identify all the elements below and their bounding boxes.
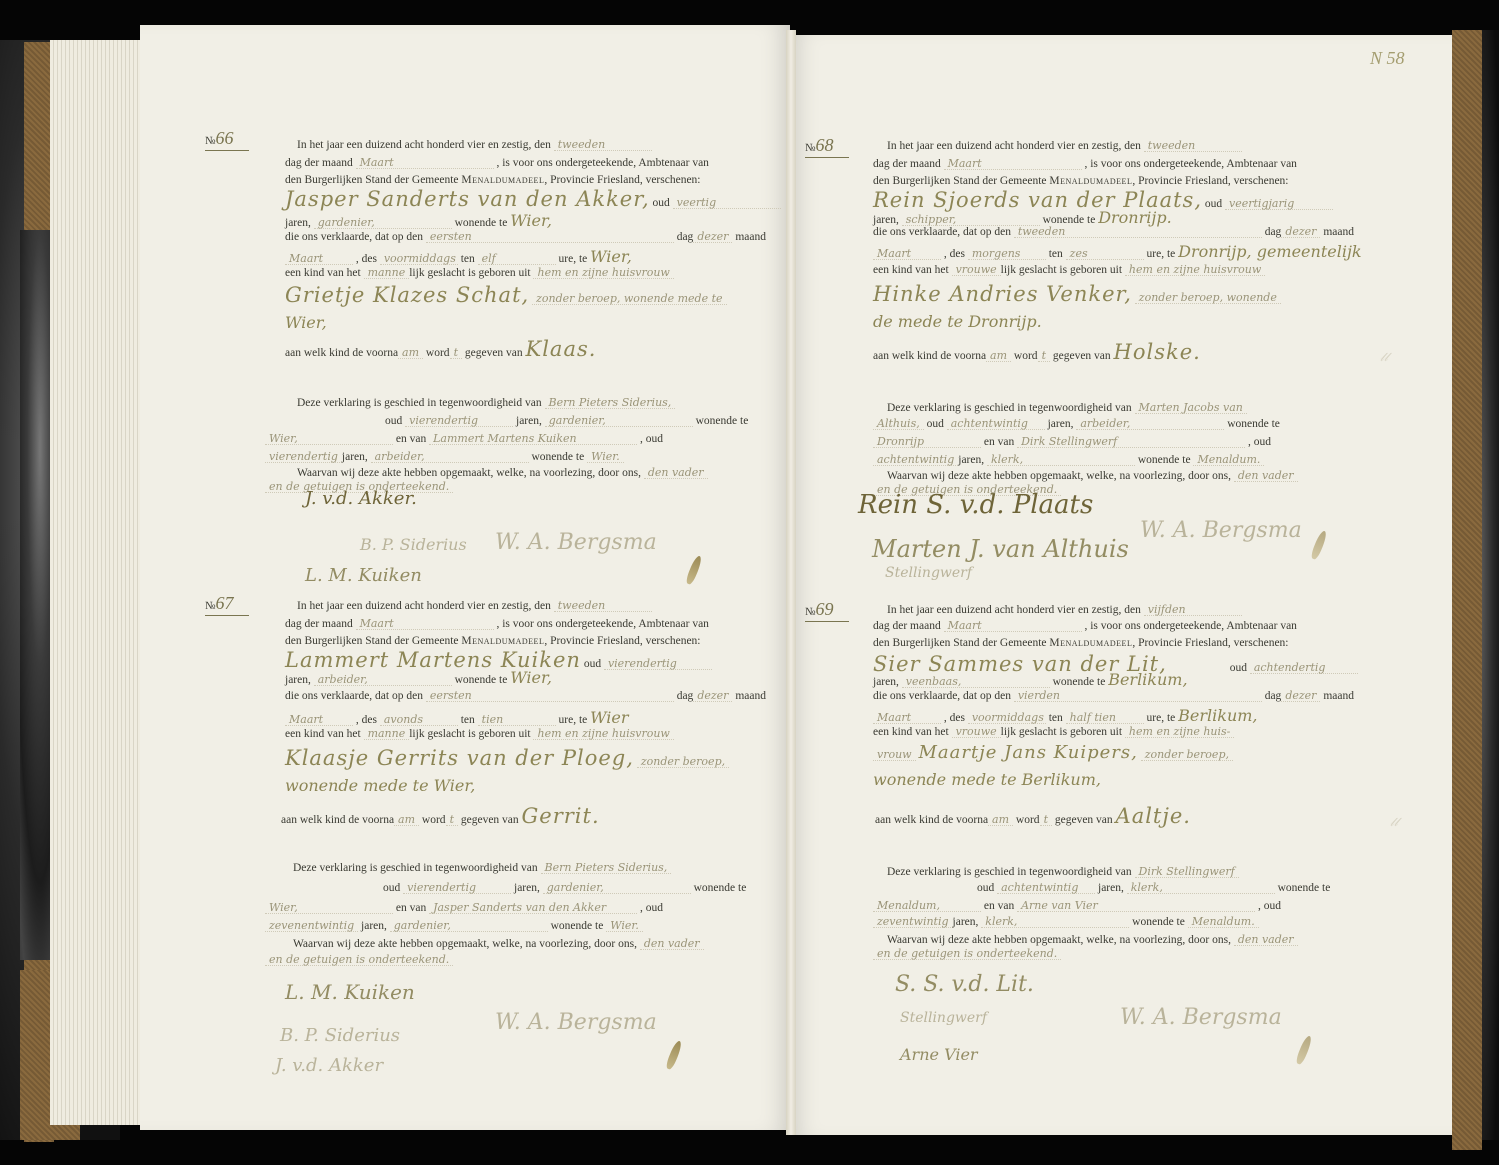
signature: B. P. Siderius bbox=[360, 535, 467, 554]
mother-line-1: Grietje Klazes Schat, zonder beroep, won… bbox=[285, 285, 727, 311]
mother-line-1: Klaasje Gerrits van der Ploeg, zonder be… bbox=[285, 748, 729, 774]
signature: W. A. Bergsma bbox=[1140, 518, 1302, 543]
witness-line-2: oud achtentwintig jaren, klerk, wonende … bbox=[977, 882, 1330, 898]
witness-line-1: Deze verklaring is geschied in tegenwoor… bbox=[293, 862, 671, 878]
binding-cloth-right bbox=[1452, 30, 1482, 1150]
signature: L. M. Kuiken bbox=[285, 980, 415, 1004]
child-name: Holske. bbox=[1114, 340, 1201, 364]
page-stack-left bbox=[50, 40, 150, 1125]
record-line-7: Maart , des voormiddags ten half tien ur… bbox=[873, 708, 1258, 724]
record-number: №69 bbox=[805, 600, 849, 622]
record-line-1: In het jaar een duizend acht honderd vie… bbox=[297, 600, 652, 616]
record-line-6: die ons verklaarde, dat op den tweeden d… bbox=[873, 226, 1354, 242]
record-number: №68 bbox=[805, 136, 849, 158]
record-line-8: een kind van het vrouwelijk geslacht is … bbox=[873, 726, 1234, 742]
record-line-4: Jasper Sanderts van den Akker, oud veert… bbox=[285, 189, 781, 211]
witness-line-1: Deze verklaring is geschied in tegenwoor… bbox=[887, 866, 1239, 882]
record-line-7: Maart , des voormiddags ten elf ure, te … bbox=[285, 249, 632, 265]
record-line-8: een kind van het mannelijk geslacht is g… bbox=[285, 267, 674, 283]
record-number: №66 bbox=[205, 129, 249, 151]
bleed-through-mark: 𝓁𝓁 bbox=[1380, 350, 1388, 365]
signature: B. P. Siderius bbox=[280, 1025, 400, 1046]
mother-line-2: wonende mede te Berlikum, bbox=[873, 772, 1101, 794]
record-line-8: een kind van het vrouwelijk geslacht is … bbox=[873, 264, 1265, 280]
child-name: Gerrit. bbox=[522, 804, 600, 828]
witness-line-2: Althuis, oud achtentwintig jaren, arbeid… bbox=[873, 418, 1280, 434]
record-line-1: In het jaar een duizend acht honderd vie… bbox=[887, 140, 1242, 156]
closing-line-2: en de getuigen is onderteekend. bbox=[873, 948, 1061, 964]
child-name-line: aan welk kind de voornaam wordt gegeven … bbox=[285, 339, 596, 361]
record-line-8: een kind van het mannelijk geslacht is g… bbox=[285, 728, 674, 744]
bleed-through-mark: 𝓁𝓁 bbox=[1390, 815, 1398, 830]
record-line-2: dag der maand Maart , is voor ons onderg… bbox=[873, 158, 1297, 174]
closing-line-2: en de getuigen is onderteekend. bbox=[265, 954, 453, 970]
record-line-2: dag der maand Maart , is voor ons onderg… bbox=[873, 620, 1297, 636]
signature: Rein S. v.d. Plaats bbox=[858, 490, 1093, 520]
witness-line-1: Deze verklaring is geschied in tegenwoor… bbox=[297, 397, 675, 413]
record-line-5: jaren, schipper, wonende te Dronrijp. bbox=[873, 210, 1172, 226]
record-line-6: die ons verklaarde, dat op den eersten d… bbox=[285, 690, 766, 706]
child-name: Aaltje. bbox=[1116, 804, 1191, 828]
witness-line-2: oud vierendertig jaren, gardenier, wonen… bbox=[385, 415, 748, 431]
mother-line-2: Wier, bbox=[285, 315, 327, 337]
record-line-1: In het jaar een duizend acht honderd vie… bbox=[887, 604, 1242, 620]
signature: J. v.d. Akker. bbox=[305, 488, 417, 509]
record-line-7: Maart , des avonds ten tien ure, te Wier bbox=[285, 710, 629, 726]
witness-line-3: Wier, en van Jasper Sanderts van den Akk… bbox=[265, 902, 663, 918]
child-name-line: aan welk kind de voornaam wordt gegeven … bbox=[281, 806, 600, 828]
record-line-6: die ons verklaarde, dat op den eersten d… bbox=[285, 231, 766, 247]
record-number: №67 bbox=[205, 594, 249, 616]
record-line-2: dag der maand Maart , is voor ons onderg… bbox=[285, 157, 709, 173]
witness-line-4: achtentwintigjaren, klerk, wonende te Me… bbox=[873, 454, 1264, 470]
signature: L. M. Kuiken bbox=[305, 565, 422, 586]
signature: Stellingwerf bbox=[900, 1010, 987, 1026]
child-name-line: aan welk kind de voornaam wordt gegeven … bbox=[875, 806, 1191, 828]
record-line-6: die ons verklaarde, dat op den vierden d… bbox=[873, 690, 1354, 706]
signature: Arne Vier bbox=[900, 1045, 978, 1064]
mother-line-2: wonende mede te Wier, bbox=[285, 778, 475, 800]
witness-line-3: Wier, en van Lammert Martens Kuiken , ou… bbox=[265, 433, 663, 449]
signature: W. A. Bergsma bbox=[495, 1010, 657, 1035]
witness-line-3: Dronrijp en van Dirk Stellingwerf , oud bbox=[873, 436, 1271, 452]
witness-line-4: vierendertigjaren, arbeider, wonende te … bbox=[265, 451, 624, 467]
signature: J. v.d. Akker bbox=[275, 1055, 383, 1076]
mother-line-1: vrouw Maartje Jans Kuipers, zonder beroe… bbox=[873, 744, 1233, 768]
record-line-7: Maart , des morgens ten zes ure, te Dron… bbox=[873, 244, 1362, 260]
record-line-1: In het jaar een duizend acht honderd vie… bbox=[297, 139, 652, 155]
signature: Stellingwerf bbox=[885, 565, 972, 581]
child-name: Klaas. bbox=[526, 337, 597, 361]
signature: W. A. Bergsma bbox=[495, 530, 657, 555]
witness-line-3: Menaldum, en van Arne van Vier , oud bbox=[873, 900, 1281, 916]
page-number: N 58 bbox=[1370, 48, 1405, 69]
witness-line-4: zeventwintigjaren, klerk, wonende te Men… bbox=[873, 916, 1259, 932]
closing-line-1: Waarvan wij deze akte hebben opgemaakt, … bbox=[293, 938, 704, 954]
record-line-4: Lammert Martens Kuiken oud vierendertig bbox=[285, 650, 712, 672]
signature: W. A. Bergsma bbox=[1120, 1005, 1282, 1030]
child-name-line: aan welk kind de voornaam wordt gegeven … bbox=[873, 342, 1201, 364]
record-line-5: jaren, veenbaas, wonende te Berlikum, bbox=[873, 672, 1188, 688]
mother-line-2: de mede te Dronrijp. bbox=[873, 314, 1042, 336]
signature: Marten J. van Althuis bbox=[872, 535, 1129, 563]
mother-line-1: Hinke Andries Venker, zonder beroep, won… bbox=[873, 284, 1281, 310]
record-line-5: jaren, gardenier, wonende te Wier, bbox=[285, 213, 552, 229]
witness-line-4: zevenentwintig jaren, gardenier, wonende… bbox=[265, 920, 643, 936]
book-gutter bbox=[786, 30, 796, 1135]
record-line-2: dag der maand Maart , is voor ons onderg… bbox=[285, 618, 709, 634]
witness-line-2: oud vierendertig jaren, gardenier, wonen… bbox=[383, 882, 746, 898]
witness-line-1: Deze verklaring is geschied in tegenwoor… bbox=[887, 402, 1247, 418]
record-line-5: jaren, arbeider, wonende te Wier, bbox=[285, 670, 552, 686]
signature: S. S. v.d. Lit. bbox=[895, 972, 1034, 997]
